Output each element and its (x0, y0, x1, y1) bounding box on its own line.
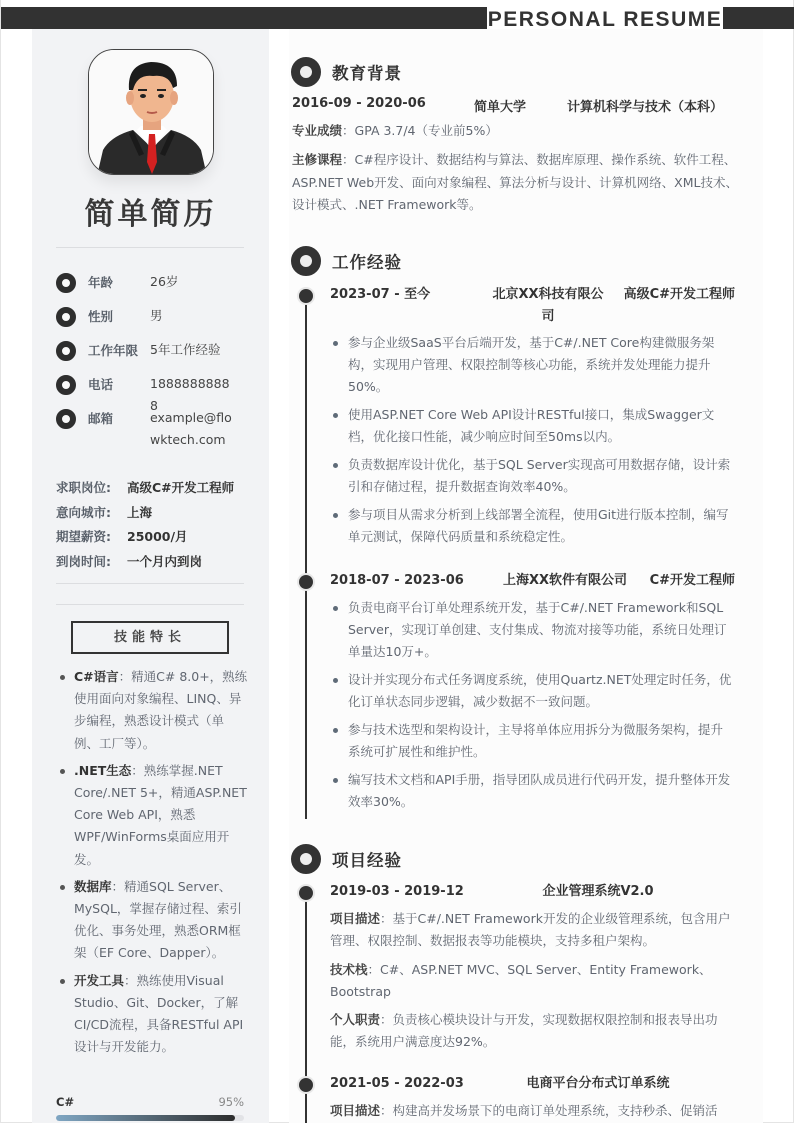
section-title: 项目经验 (332, 847, 402, 871)
project-name: 电商平台分布式订单系统 (508, 1073, 688, 1095)
job-intent-row: 求职岗位: 高级C#开发工程师 (56, 476, 256, 501)
job-intent-value: 一个月内到岗 (127, 550, 202, 575)
project-name: 企业管理系统V2.0 (508, 881, 688, 903)
work-entry-header: 2018-07 - 2023-06 上海XX软件有限公司 C#开发工程师 (330, 570, 735, 592)
work-company: 上海XX软件有限公司 (490, 570, 640, 592)
work-company: 北京XX科技有限公司 (490, 284, 606, 328)
sidebar-divider (56, 583, 244, 584)
info-value: 5年工作经验 (150, 339, 236, 361)
skill-bar-csharp: C# 95% (56, 1095, 244, 1121)
info-value: 男 (150, 305, 236, 327)
info-row-email: 邮箱 example@flowktech.com (56, 407, 256, 459)
timeline-dot-icon (299, 1078, 313, 1092)
job-intent-label: 期望薪资: (56, 525, 127, 550)
education-gpa: 专业成绩：GPA 3.7/4（专业前5%） (292, 120, 740, 143)
work-bullet: 设计并实现分布式任务调度系统，使用Quartz.NET处理定时任务，优化订单状态… (330, 669, 735, 713)
sidebar-divider (56, 247, 244, 248)
sidebar: 简单简历 年龄 26岁 性别 男 工作年限 5年工作经验 电话 18888888 (32, 29, 269, 1123)
info-row-age: 年龄 26岁 (56, 271, 256, 305)
skill-title: 数据库 (74, 879, 112, 894)
work-date: 2018-07 - 2023-06 (330, 570, 490, 592)
work-bullet: 参与项目从需求分析到上线部署全流程，使用Git进行版本控制，编写单元测试，保障代… (330, 504, 735, 548)
section-title: 工作经验 (332, 249, 402, 273)
job-intent-label: 意向城市: (56, 501, 127, 526)
skill-item: .NET生态：熟练掌握.NET Core/.NET 5+，精通ASP.NET C… (56, 760, 248, 871)
job-intent-list: 求职岗位: 高级C#开发工程师 意向城市: 上海 期望薪资: 25000/月 到… (56, 476, 256, 574)
job-intent-label: 到岗时间: (56, 550, 127, 575)
section-ring-icon (291, 57, 321, 87)
skill-title: C#语言 (74, 669, 119, 684)
ring-bullet-icon (56, 273, 76, 293)
education-major: 计算机科学与技术（本科） (567, 96, 723, 115)
education-school: 简单大学 (474, 96, 567, 115)
job-intent-row: 意向城市: 上海 (56, 501, 256, 526)
skill-title: 开发工具 (74, 973, 124, 988)
section-title: 教育背景 (332, 60, 402, 84)
skill-item: 开发工具：熟练使用Visual Studio、Git、Docker，了解CI/C… (56, 970, 248, 1059)
gpa-text: ：GPA 3.7/4（专业前5%） (342, 123, 498, 138)
work-bullets: 负责电商平台订单处理系统开发，基于C#/.NET Framework和SQL S… (330, 597, 735, 819)
skill-bar-label: C# (56, 1095, 74, 1109)
project-entry-header: 2019-03 - 2019-12 企业管理系统V2.0 (330, 881, 735, 903)
project-desc-text: ：基于C#/.NET Framework开发的企业级管理系统，包含用户管理、权限… (330, 911, 730, 948)
project-description: 项目描述：构建高并发场景下的电商订单处理系统，支持秒杀、促销活 (330, 1100, 735, 1122)
timeline-dot-icon (299, 575, 313, 589)
work-role: 高级C#开发工程师 (606, 284, 735, 328)
ring-bullet-icon (56, 409, 76, 429)
work-role: C#开发工程师 (640, 570, 735, 592)
section-header-work: 工作经验 (291, 246, 402, 276)
skill-item: 数据库：精通SQL Server、MySQL，掌握存储过程、索引优化、事务处理，… (56, 876, 248, 965)
info-value: 26岁 (150, 271, 236, 293)
courses-text: ：C#程序设计、数据结构与算法、数据库原理、操作系统、软件工程、ASP.NET … (292, 152, 738, 212)
skill-bar-percent: 95% (218, 1095, 244, 1109)
project-duty: 个人职责：负责核心模块设计与开发，实现数据权限控制和报表导出功能，系统用户满意度… (330, 1009, 735, 1053)
info-row-experience: 工作年限 5年工作经验 (56, 339, 256, 373)
work-bullet: 参与技术选型和架构设计，主导将单体应用拆分为微服务架构，提升系统可扩展性和维护性… (330, 719, 735, 763)
info-label: 邮箱 (76, 407, 150, 431)
skills-list: C#语言：精通C# 8.0+，熟练使用面向对象编程、LINQ、异步编程，熟悉设计… (56, 666, 248, 1063)
project-description: 项目描述：基于C#/.NET Framework开发的企业级管理系统，包含用户管… (330, 908, 735, 952)
timeline-dot-icon (299, 886, 313, 900)
email-value: example@flowktech.com (150, 407, 236, 451)
main-content: 教育背景 2016-09 - 2020-06 简单大学 计算机科学与技术（本科）… (289, 29, 759, 1123)
avatar (88, 49, 214, 175)
ring-bullet-icon (56, 341, 76, 361)
skills-section-title: 技能特长 (71, 621, 229, 654)
project-desc-text: ：构建高并发场景下的电商订单处理系统，支持秒杀、促销活 (380, 1103, 718, 1118)
info-label: 年龄 (76, 271, 150, 295)
ring-bullet-icon (56, 375, 76, 395)
work-bullet: 负责数据库设计优化，基于SQL Server实现高可用数据存储，设计索引和存储过… (330, 454, 735, 498)
resume-name: 简单简历 (32, 189, 269, 233)
project-stack-text: ：C#、ASP.NET MVC、SQL Server、Entity Framew… (330, 962, 712, 999)
education-date: 2016-09 - 2020-06 (292, 96, 474, 115)
info-label: 性别 (76, 305, 150, 329)
gpa-label: 专业成绩 (292, 123, 342, 138)
job-intent-row: 到岗时间: 一个月内到岗 (56, 550, 256, 575)
project-entry-header: 2021-05 - 2022-03 电商平台分布式订单系统 (330, 1073, 735, 1095)
project-duty-label: 个人职责 (330, 1012, 380, 1027)
resume-header-title: PERSONAL RESUME (487, 4, 723, 32)
timeline-dot-icon (299, 289, 313, 303)
project-desc-label: 项目描述 (330, 1103, 380, 1118)
header-bar-right (723, 7, 794, 29)
work-bullet: 使用ASP.NET Core Web API设计RESTful接口，集成Swag… (330, 404, 735, 448)
work-bullet: 参与企业级SaaS平台后端开发，基于C#/.NET Core构建微服务架构，实现… (330, 332, 735, 398)
skill-bar-track (56, 1115, 244, 1121)
info-row-gender: 性别 男 (56, 305, 256, 339)
section-ring-icon (291, 844, 321, 874)
resume-page: PERSONAL RESUME (0, 0, 794, 1123)
work-entry-header: 2023-07 - 至今 北京XX科技有限公司 高级C#开发工程师 (330, 284, 735, 328)
job-intent-value: 上海 (127, 501, 152, 526)
info-label: 电话 (76, 373, 150, 397)
education-courses: 主修课程：C#程序设计、数据结构与算法、数据库原理、操作系统、软件工程、ASP.… (292, 149, 740, 217)
skill-title: .NET生态 (74, 763, 131, 778)
education-row: 2016-09 - 2020-06 简单大学 计算机科学与技术（本科） (292, 96, 742, 115)
job-intent-value: 高级C#开发工程师 (127, 476, 234, 501)
ring-bullet-icon (56, 307, 76, 327)
project-desc-label: 项目描述 (330, 911, 380, 926)
project-tech-stack: 技术栈：C#、ASP.NET MVC、SQL Server、Entity Fra… (330, 959, 735, 1003)
sidebar-divider (56, 604, 244, 605)
work-date: 2023-07 - 至今 (330, 284, 490, 328)
section-ring-icon (291, 246, 321, 276)
job-intent-value: 25000/月 (127, 525, 188, 550)
skill-item: C#语言：精通C# 8.0+，熟练使用面向对象编程、LINQ、异步编程，熟悉设计… (56, 666, 248, 755)
personal-info-list: 年龄 26岁 性别 男 工作年限 5年工作经验 电话 18888888888 邮… (56, 271, 256, 459)
info-row-phone: 电话 18888888888 (56, 373, 256, 407)
skill-text: ：熟练掌握.NET Core/.NET 5+，精通ASP.NET Core We… (74, 763, 247, 867)
header-bar-left (1, 7, 487, 29)
section-header-projects: 项目经验 (291, 844, 402, 874)
avatar-portrait-icon (89, 50, 214, 175)
info-label: 工作年限 (76, 339, 150, 363)
work-bullet: 负责电商平台订单处理系统开发，基于C#/.NET Framework和SQL S… (330, 597, 735, 663)
project-stack-label: 技术栈 (330, 962, 368, 977)
skill-bar-fill (56, 1115, 235, 1121)
project-date: 2021-05 - 2022-03 (330, 1073, 508, 1095)
work-bullets: 参与企业级SaaS平台后端开发，基于C#/.NET Core构建微服务架构，实现… (330, 332, 735, 554)
work-bullet: 编写技术文档和API手册，指导团队成员进行代码开发，提升整体开发效率30%。 (330, 769, 735, 813)
courses-label: 主修课程 (292, 152, 342, 167)
project-duty-text: ：负责核心模块设计与开发，实现数据权限控制和报表导出功能，系统用户满意度达92%… (330, 1012, 718, 1049)
work-timeline-line (305, 295, 307, 819)
section-header-education: 教育背景 (291, 57, 402, 87)
job-intent-row: 期望薪资: 25000/月 (56, 525, 256, 550)
project-date: 2019-03 - 2019-12 (330, 881, 508, 903)
job-intent-label: 求职岗位: (56, 476, 127, 501)
